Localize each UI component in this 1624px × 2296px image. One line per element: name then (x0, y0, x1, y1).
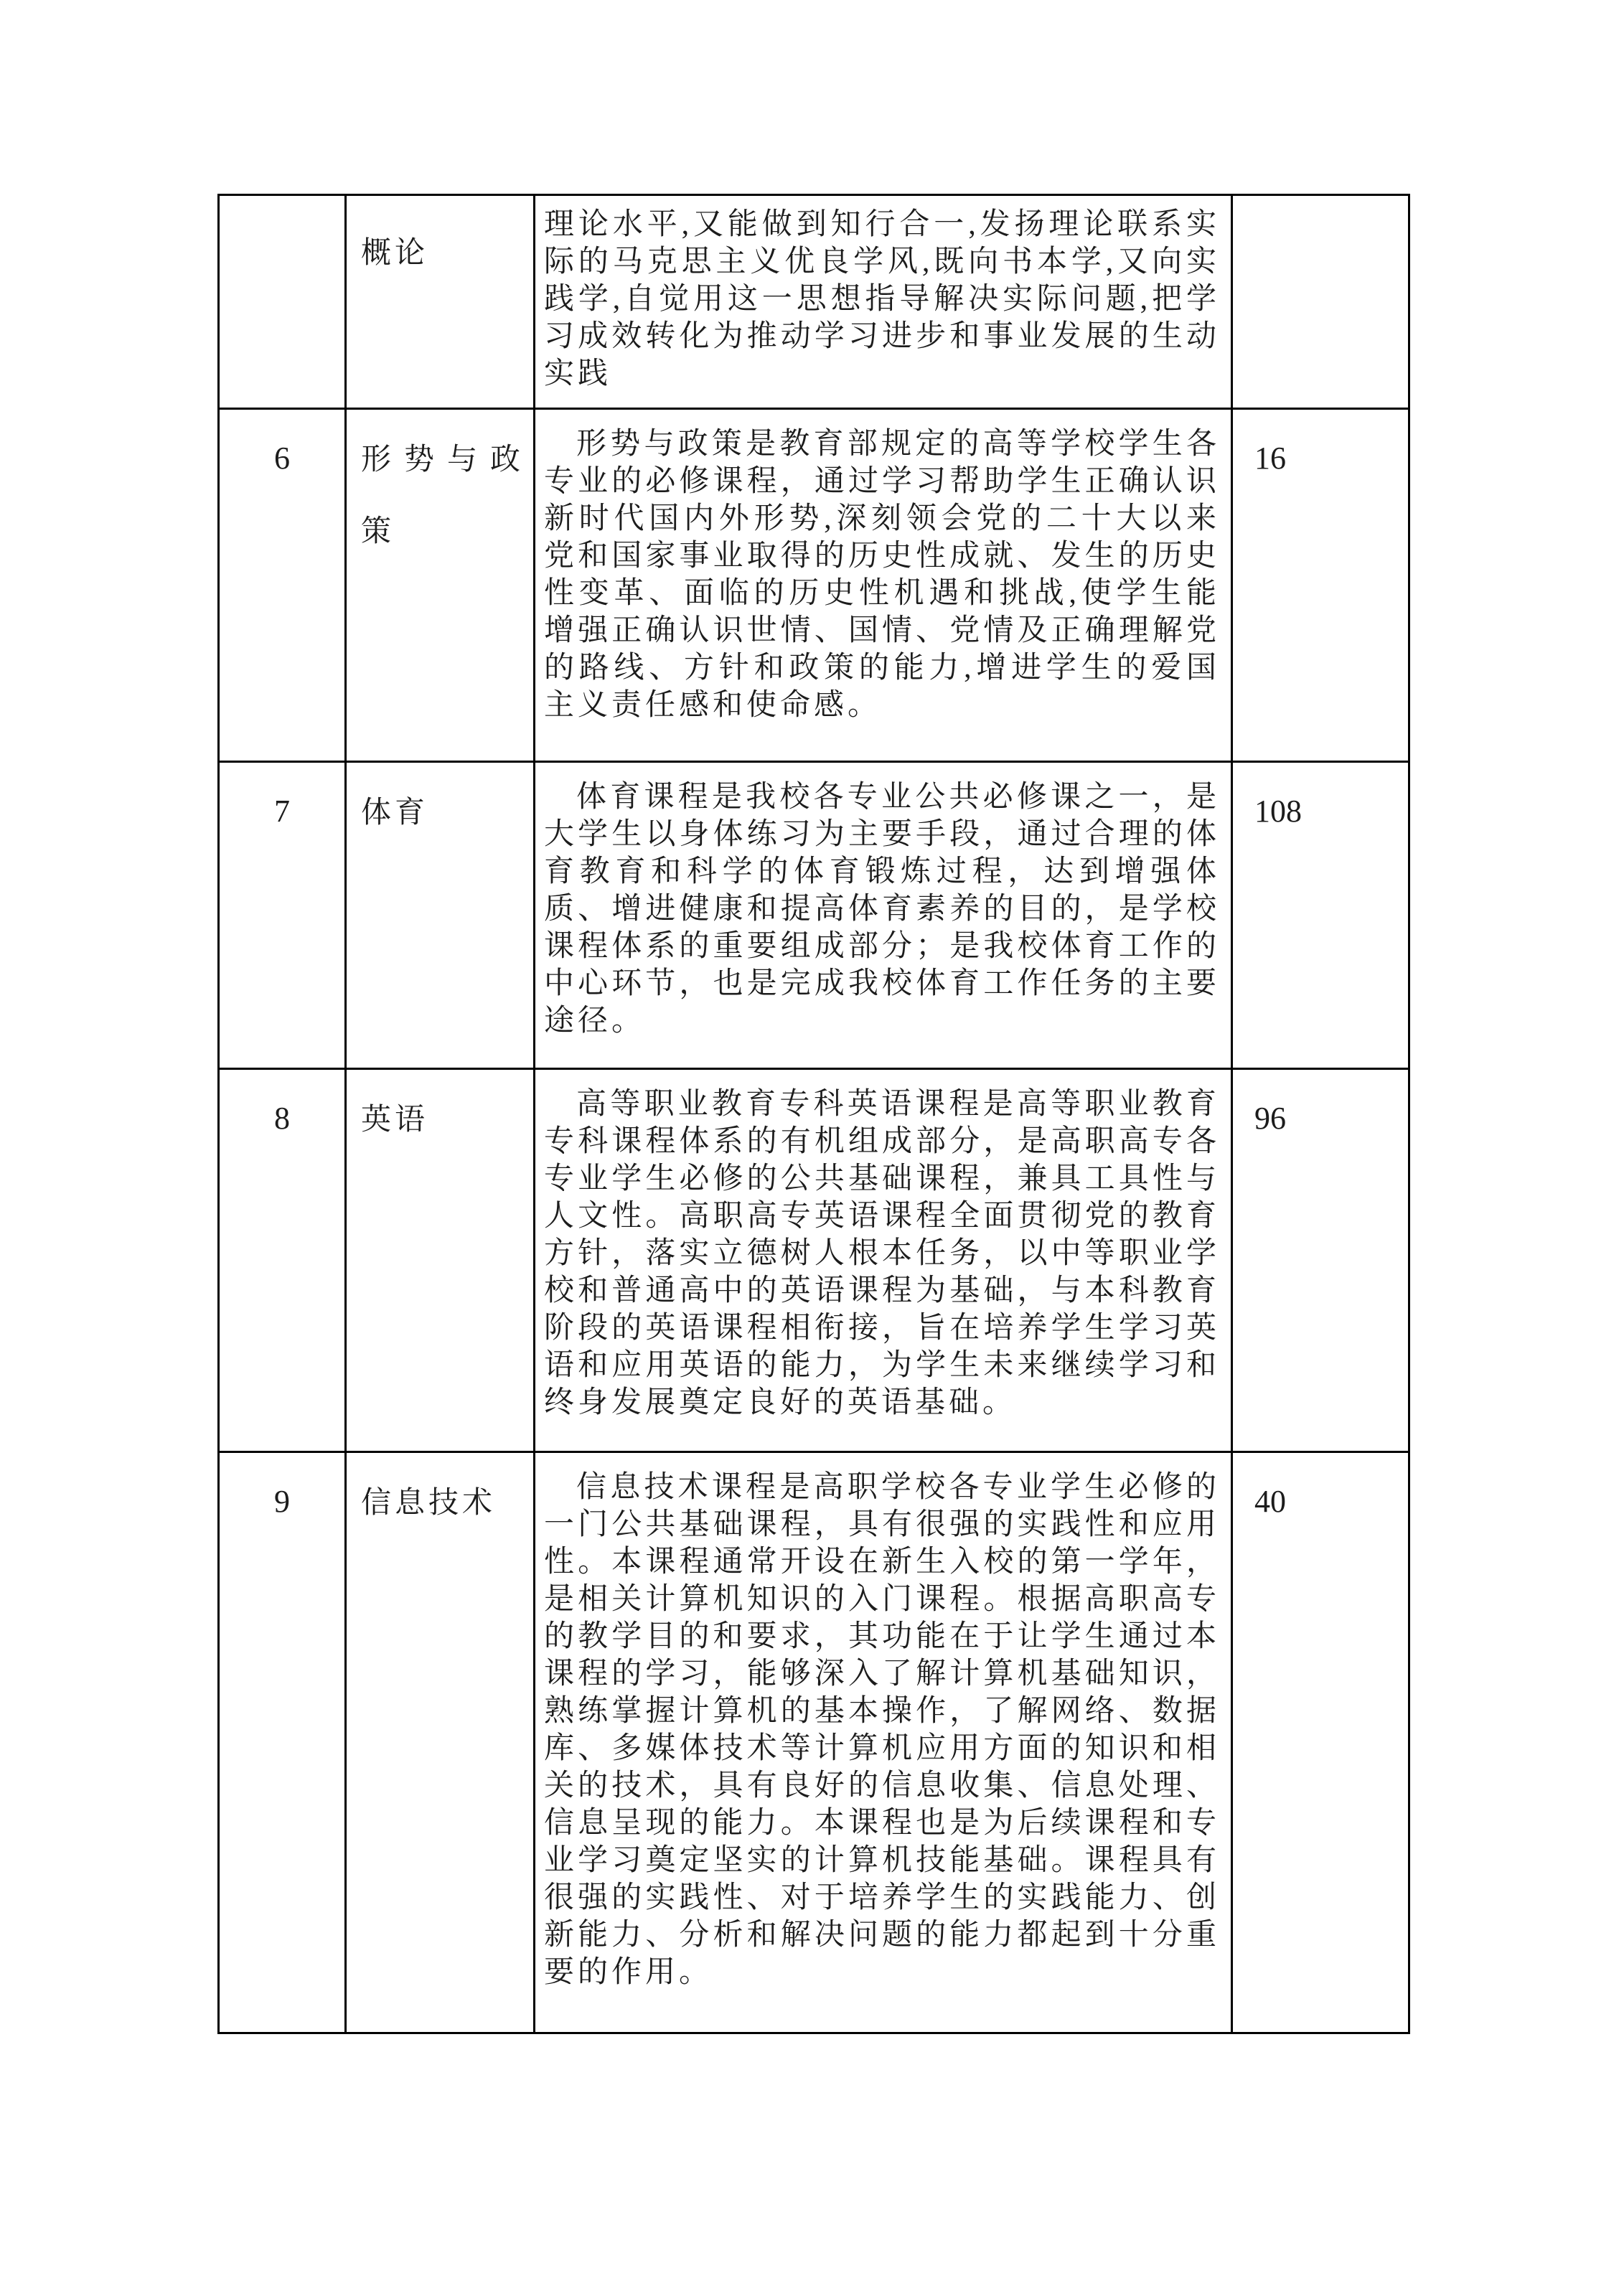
course-name-line: 英语 (361, 1084, 520, 1156)
course-description-cell: 体育课程是我校各专业公共必修课之一，是大学生以身体练习为主要手段，通过合理的体育… (535, 762, 1232, 1069)
course-number-cell (219, 195, 346, 409)
course-name-line: 概论 (361, 217, 520, 289)
course-name-cell: 体育 (346, 762, 535, 1069)
course-number-cell: 9 (219, 1452, 346, 2033)
course-name-line: 体育 (361, 777, 520, 849)
table-row: 概论 理论水平,又能做到知行合一,发扬理论联系实际的马克思主义优良学风,既向书本… (219, 195, 1409, 409)
table-row: 8 英语 高等职业教育专科英语课程是高等职业教育专科课程体系的有机组成部分，是高… (219, 1069, 1409, 1452)
document-page: 概论 理论水平,又能做到知行合一,发扬理论联系实际的马克思主义优良学风,既向书本… (0, 0, 1624, 2296)
course-name-line: 策 (361, 496, 520, 568)
course-name-line: 形势与政 (361, 424, 520, 496)
course-table: 概论 理论水平,又能做到知行合一,发扬理论联系实际的马克思主义优良学风,既向书本… (217, 194, 1410, 2034)
course-hours-cell: 16 (1232, 409, 1409, 762)
course-hours-cell: 96 (1232, 1069, 1409, 1452)
course-name-cell: 英语 (346, 1069, 535, 1452)
course-name-line: 信息技术 (361, 1467, 520, 1539)
course-name-cell: 概论 (346, 195, 535, 409)
course-number-cell: 8 (219, 1069, 346, 1452)
course-description-cell: 形势与政策是教育部规定的高等学校学生各专业的必修课程，通过学习帮助学生正确认识新… (535, 409, 1232, 762)
course-hours-cell: 108 (1232, 762, 1409, 1069)
table-row: 7 体育 体育课程是我校各专业公共必修课之一，是大学生以身体练习为主要手段，通过… (219, 762, 1409, 1069)
course-description-cell: 高等职业教育专科英语课程是高等职业教育专科课程体系的有机组成部分，是高职高专各专… (535, 1069, 1232, 1452)
course-name-cell: 信息技术 (346, 1452, 535, 2033)
course-description-cell: 信息技术课程是高职学校各专业学生必修的一门公共基础课程，具有很强的实践性和应用性… (535, 1452, 1232, 2033)
table-row: 9 信息技术 信息技术课程是高职学校各专业学生必修的一门公共基础课程，具有很强的… (219, 1452, 1409, 2033)
course-hours-cell (1232, 195, 1409, 409)
course-description-cell: 理论水平,又能做到知行合一,发扬理论联系实际的马克思主义优良学风,既向书本学,又… (535, 195, 1232, 409)
course-number-cell: 6 (219, 409, 346, 762)
table-row: 6 形势与政 策 形势与政策是教育部规定的高等学校学生各专业的必修课程，通过学习… (219, 409, 1409, 762)
course-hours-cell: 40 (1232, 1452, 1409, 2033)
course-number-cell: 7 (219, 762, 346, 1069)
course-name-cell: 形势与政 策 (346, 409, 535, 762)
